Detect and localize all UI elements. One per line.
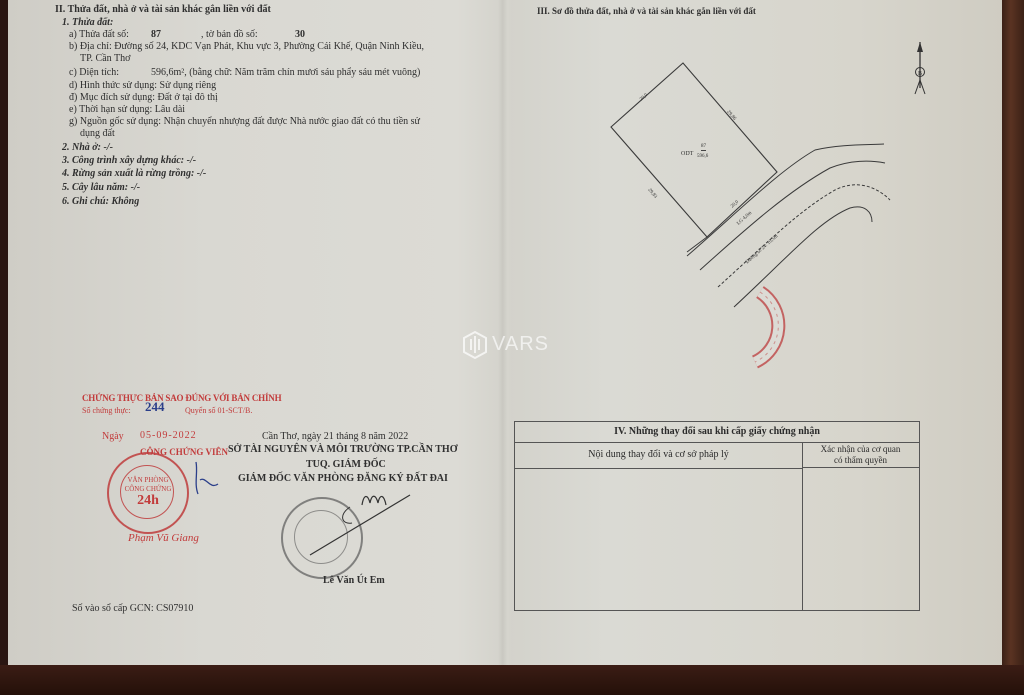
col-confirmation-line2: có thẩm quyền bbox=[802, 455, 919, 466]
changes-table-title: IV. Những thay đổi sau khi cấp giấy chứn… bbox=[515, 422, 919, 443]
parcel-code: ODT bbox=[681, 148, 693, 160]
changes-table-col-confirmation: Xác nhận của cơ quan có thẩm quyền bbox=[802, 442, 919, 468]
changes-table-divider bbox=[802, 468, 803, 610]
col-confirmation-line1: Xác nhận của cơ quan bbox=[802, 444, 919, 455]
parcel-area-label: 596,6 bbox=[697, 151, 708, 163]
changes-table: IV. Những thay đổi sau khi cấp giấy chứn… bbox=[514, 421, 920, 611]
vars-watermark: VARS bbox=[492, 333, 549, 356]
changes-table-col-content: Nội dung thay đổi và cơ sở pháp lý bbox=[515, 442, 803, 469]
vars-logo-icon bbox=[462, 330, 488, 360]
north-arrow-label: B bbox=[918, 68, 922, 80]
parcel-number-label: 87 bbox=[701, 143, 706, 151]
